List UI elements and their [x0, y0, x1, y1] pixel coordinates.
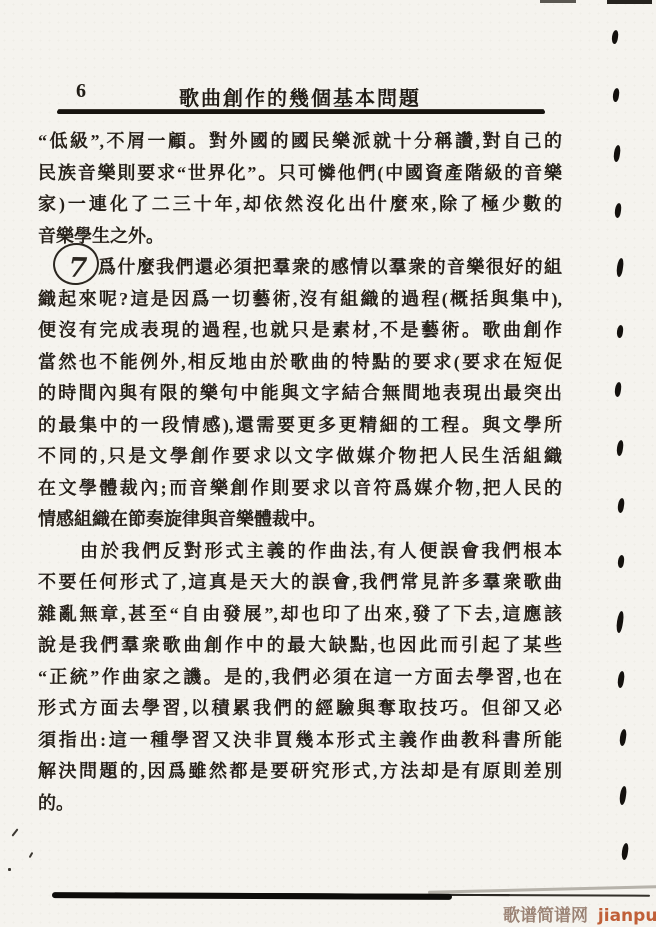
binding-mark-artifact [616, 258, 625, 278]
scan-artifact-top-edge [540, 0, 576, 3]
scan-artifact-bottom-edge [52, 892, 452, 900]
text-line: 不同的,只是文學創作要求以文字做媒介物把人民生活組織 [38, 441, 562, 473]
text-line: 說是我們羣衆歌曲創作中的最大缺點,也因此而引起了某些 [38, 630, 562, 662]
text-line: 由於我們反對形式主義的作曲法,有人便誤會我們根本 [38, 536, 562, 568]
binding-mark-artifact [617, 671, 626, 689]
scan-artifact-top-edge [607, 0, 652, 4]
scan-artifact-bottom-smudge [428, 885, 656, 894]
body-text-column: “低級”,不屑一顧。對外國的國民樂派就十分稱讚,對自己的 民族音樂則要求“世界化… [38, 126, 562, 819]
text-line: 解決問題的,因爲雖然都是要研究形式,方法却是有原則差別 [38, 756, 562, 788]
text-line: 不要任何形式了,這真是天大的誤會,我們常見許多羣衆歌曲 [38, 567, 562, 599]
text-line: 形式方面去學習,以積累我們的經驗與奪取技巧。但卻又必 [38, 693, 562, 725]
binding-mark-artifact [617, 498, 625, 514]
text-line: 的。 [38, 788, 562, 820]
text-line: 家)一連化了二三十年,却依然沒化出什麼來,除了極少數的 [38, 189, 562, 221]
binding-mark-artifact [611, 30, 619, 45]
text-line: “低級”,不屑一顧。對外國的國民樂派就十分稱讚,對自己的 [38, 126, 562, 158]
binding-mark-artifact [621, 843, 630, 861]
binding-mark-artifact [616, 325, 624, 339]
binding-mark-artifact [614, 382, 622, 398]
watermark: 歌谱简谱网 jianpu.cn [503, 901, 656, 926]
text-line: 便沒有完成表現的過程,也就只是素材,不是藝術。歌曲創作 [38, 315, 562, 347]
running-head-title: 歌曲創作的幾個基本問題 [38, 82, 562, 111]
header-rule [57, 110, 545, 114]
scanned-book-page: 6 歌曲創作的幾個基本問題 7 “低級”,不屑一顧。對外國的國民樂派就十分稱讚,… [0, 0, 656, 927]
binding-mark-artifact [613, 145, 622, 163]
text-line: 民族音樂則要求“世界化”。只可憐他們(中國資產階級的音樂 [38, 158, 562, 190]
binding-mark-artifact [617, 555, 625, 569]
text-line: 織起來呢?這是因爲一切藝術,沒有組織的過程(概括與集中), [38, 284, 562, 316]
text-line: 的最集中的一段情感),還需要更多更精細的工程。與文學所 [38, 410, 562, 442]
text-line: 雜亂無章,甚至“自由發展”,却也印了出來,發了下去,這應該 [38, 599, 562, 631]
binding-mark-artifact [619, 729, 628, 747]
text-line: 在文學體裁內;而音樂創作則要求以音符爲媒介物,把人民的 [38, 473, 562, 505]
ink-speck-artifact [29, 852, 34, 858]
text-line: 須指出:這一種學習又決非買幾本形式主義作曲教科書所能 [38, 725, 562, 757]
text-line: “正統”作曲家之譏。是的,我們必須在這一方面去學習,也在 [38, 662, 562, 694]
text-line: 情感組織在節奏旋律與音樂體裁中。 [38, 504, 562, 536]
binding-mark-artifact [615, 611, 624, 634]
text-line: 爲什麼我們還必須把羣衆的感情以羣衆的音樂很好的組 [38, 252, 562, 284]
watermark-site-url: jianpu.cn [598, 906, 656, 926]
ink-speck-artifact [11, 828, 18, 836]
binding-mark-artifact [619, 786, 628, 806]
binding-mark-artifact [614, 203, 622, 219]
binding-mark-artifact [616, 440, 624, 457]
text-line: 當然也不能例外,相反地由於歌曲的特點的要求(要求在短促 [38, 347, 562, 379]
watermark-site-name: 歌谱简谱网 [503, 906, 588, 926]
ink-speck-artifact [8, 868, 11, 871]
text-line: 音樂學生之外。 [38, 221, 562, 253]
text-line: 的時間內與有限的樂句中能與文字結合無間地表現出最突出 [38, 378, 562, 410]
binding-mark-artifact [612, 88, 620, 103]
